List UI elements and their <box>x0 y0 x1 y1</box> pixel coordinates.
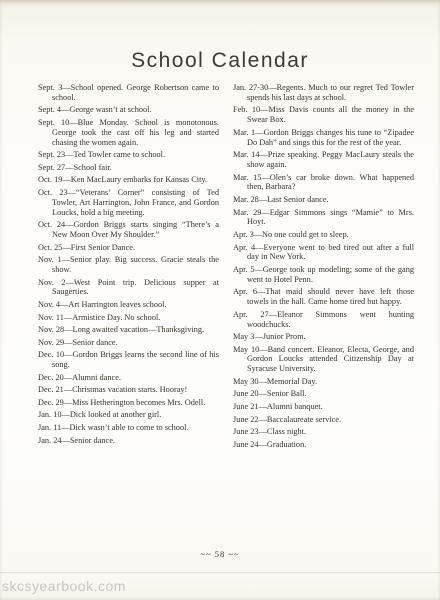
entry-text: Dick looked at another girl. <box>70 410 161 419</box>
entry-text: Band concert. Eleanor, Electa, George, a… <box>247 345 414 374</box>
entry-text: Prize speaking. Peggy MacLaury steals th… <box>247 150 414 169</box>
entry-separator: — <box>65 150 73 159</box>
entry-text: Senior dance. <box>70 436 115 445</box>
entry-date: Sept. 27 <box>38 163 65 172</box>
entry-date: Jan. 10 <box>38 410 62 419</box>
calendar-entry: Apr. 4—Everyone went to bed tired out af… <box>233 243 414 263</box>
calendar-entry: Sept. 23—Ted Towler came to school. <box>38 150 219 160</box>
entry-text: Alumni banquet. <box>267 402 323 411</box>
entry-separator: — <box>62 436 70 445</box>
calendar-column-right: Jan. 27-30—Regents. Much to our regret T… <box>233 83 414 452</box>
entry-separator: — <box>64 373 72 382</box>
entry-text: Last Senior dance. <box>267 195 329 204</box>
entry-text: Christmas vacation starts. Hooray! <box>72 385 187 394</box>
entry-date: Nov. 1 <box>38 255 62 264</box>
entry-date: June 20 <box>233 389 259 398</box>
entry-separator: — <box>64 385 72 394</box>
entry-date: May 30 <box>233 377 259 386</box>
calendar-entry: Oct. 19—Ken MacLaury embarks for Kansas … <box>38 175 219 185</box>
calendar-entry: Dec. 21—Christmas vacation starts. Hoora… <box>38 385 219 395</box>
entry-date: Jan. 24 <box>38 436 62 445</box>
entry-separator: — <box>259 415 267 424</box>
entry-date: Dec. 21 <box>38 385 64 394</box>
entry-separator: — <box>254 332 262 341</box>
entry-text: Gordon Briggs starts singing “There’s a … <box>52 220 219 239</box>
entry-text: Graduation. <box>267 440 306 449</box>
entry-text: Long awaited vacation—Thanksgiving. <box>73 325 205 334</box>
entry-separator: — <box>259 427 267 436</box>
page-number: ~~ 58 ~~ <box>0 549 440 559</box>
entry-separator: — <box>69 118 77 127</box>
calendar-entry: Jan. 27-30—Regents. Much to our regret T… <box>233 83 414 103</box>
entry-date: Sept. 3 <box>38 83 62 92</box>
entry-text: George took up modeling; some of the gan… <box>247 265 414 284</box>
entry-text: Class night. <box>267 427 306 436</box>
entry-text: First Senior Dance. <box>71 243 135 252</box>
entry-separator: — <box>62 175 70 184</box>
calendar-entry: Jan. 10—Dick looked at another girl. <box>38 410 219 420</box>
entry-text: Miss Hetherington becomes Mrs. Odell. <box>72 398 205 407</box>
entry-date: Dec. 10 <box>38 350 64 359</box>
calendar-entry: Feb. 10—Miss Davis counts all the money … <box>233 105 414 125</box>
calendar-entry: Nov. 4—Art Harrington leaves school. <box>38 300 219 310</box>
entry-date: Apr. 27 <box>233 310 269 319</box>
calendar-entry: Sept. 3—School opened. George Robertson … <box>38 83 219 103</box>
calendar-entry: Dec. 20—Alumni dance. <box>38 373 219 383</box>
scan-edge <box>0 572 440 573</box>
entry-text: Miss Davis counts all the money in the S… <box>247 105 414 124</box>
entry-date: Oct. 23 <box>38 188 68 197</box>
calendar-entry: Sept. 10—Blue Monday. School is monotono… <box>38 118 219 147</box>
entry-text: “Veterans’ Corner” consisting of Ted Tow… <box>52 188 219 217</box>
calendar-entry: Dec. 29—Miss Hetherington becomes Mrs. O… <box>38 398 219 408</box>
entry-date: Mar. 14 <box>233 150 259 159</box>
calendar-entry: Dec. 10—Gordon Briggs learns the second … <box>38 350 219 370</box>
calendar-entry: May 30—Memorial Day. <box>233 377 414 387</box>
entry-date: Mar. 28 <box>233 195 259 204</box>
entry-separator: — <box>269 310 277 319</box>
entry-separator: — <box>259 377 267 386</box>
entry-date: Nov. 2 <box>38 278 66 287</box>
entry-separator: — <box>64 325 72 334</box>
entry-separator: — <box>62 243 70 252</box>
entry-separator: — <box>268 83 276 92</box>
entry-text: Senior Ball. <box>267 389 307 398</box>
entry-date: Apr. 3 <box>233 230 254 239</box>
entry-date: Nov. 28 <box>38 325 64 334</box>
entry-date: Nov. 11 <box>38 313 64 322</box>
entry-text: Baccalaureate service. <box>267 415 341 424</box>
entry-separator: — <box>65 163 73 172</box>
yearbook-page: School Calendar Sept. 3—School opened. G… <box>0 0 440 600</box>
entry-date: Oct. 24 <box>38 220 65 229</box>
calendar-entry: Apr. 5—George took up modeling; some of … <box>233 265 414 285</box>
entry-text: Edgar Simmons sings “Mamie” to Mrs. Hoyt… <box>247 208 414 227</box>
entry-separator: — <box>62 410 70 419</box>
entry-date: May 10 <box>233 345 259 354</box>
entry-date: Dec. 29 <box>38 398 64 407</box>
entry-text: Senior dance. <box>73 338 118 347</box>
watermark: skcsyearbook.com <box>2 578 126 594</box>
calendar-entry: Nov. 1—Senior play. Big success. Gracie … <box>38 255 219 275</box>
entry-separator: — <box>259 345 267 354</box>
entry-text: That maid should never have left those t… <box>247 287 414 306</box>
entry-date: Mar. 15 <box>233 173 261 182</box>
entry-text: Gordon Briggs changes his tune to “Zipad… <box>247 128 414 147</box>
entry-date: June 23 <box>233 427 259 436</box>
entry-date: Nov. 4 <box>38 300 60 309</box>
entry-date: June 21 <box>233 402 259 411</box>
entry-date: Mar. 1 <box>233 128 255 137</box>
entry-text: Armistice Day. No school. <box>72 313 160 322</box>
entry-text: Everyone went to bed tired out after a f… <box>247 243 414 262</box>
entry-date: Sept. 4 <box>38 105 61 114</box>
calendar-entry: June 20—Senior Ball. <box>233 389 414 399</box>
calendar-entry: June 23—Class night. <box>233 427 414 437</box>
calendar-entry: Jan. 24—Senior dance. <box>38 436 219 446</box>
calendar-entry: Nov. 2—West Point trip. Delicious supper… <box>38 278 219 298</box>
entry-date: June 24 <box>233 440 259 449</box>
entry-text: No one could get to sleep. <box>262 230 349 239</box>
entry-text: Ken MacLaury embarks for Kansas City. <box>71 175 207 184</box>
entry-text: Gordon Briggs learns the second line of … <box>52 350 219 369</box>
entry-date: Jan. 11 <box>38 423 61 432</box>
calendar-entry: Nov. 28—Long awaited vacation—Thanksgivi… <box>38 325 219 335</box>
calendar-entry: Mar. 1—Gordon Briggs changes his tune to… <box>233 128 414 148</box>
entry-separator: — <box>259 195 267 204</box>
entry-separator: — <box>259 389 267 398</box>
entry-separator: — <box>64 338 72 347</box>
entry-date: Oct. 25 <box>38 243 62 252</box>
entry-text: Olen’s car broke down. What happened the… <box>247 173 414 192</box>
calendar-entry: June 24—Graduation. <box>233 440 414 450</box>
calendar-entry: Apr. 3—No one could get to sleep. <box>233 230 414 240</box>
entry-separator: — <box>259 402 267 411</box>
calendar-entry: June 21—Alumni banquet. <box>233 402 414 412</box>
calendar-columns: Sept. 3—School opened. George Robertson … <box>0 73 440 452</box>
entry-text: Alumni dance. <box>72 373 121 382</box>
entry-separator: — <box>62 255 70 264</box>
entry-text: Memorial Day. <box>267 377 317 386</box>
calendar-entry: Oct. 25—First Senior Dance. <box>38 243 219 253</box>
entry-text: Ted Towler came to school. <box>74 150 166 159</box>
entry-date: May 3 <box>233 332 254 341</box>
entry-date: Sept. 10 <box>38 118 69 127</box>
calendar-entry: May 3—Junior Prom. <box>233 332 414 342</box>
calendar-entry: June 22—Baccalaureate service. <box>233 415 414 425</box>
entry-date: Apr. 6 <box>233 287 257 296</box>
entry-text: Junior Prom. <box>263 332 306 341</box>
entry-separator: — <box>259 150 267 159</box>
entry-date: Mar. 29 <box>233 208 261 217</box>
entry-text: Art Harrington leaves school. <box>68 300 166 309</box>
calendar-entry: Nov. 11—Armistice Day. No school. <box>38 313 219 323</box>
entry-text: Senior play. Big success. Gracie steals … <box>52 255 219 274</box>
page-number-text: ~~ 58 ~~ <box>200 549 239 559</box>
calendar-entry: Apr. 27—Eleanor Simmons went hunting woo… <box>233 310 414 330</box>
entry-date: Oct. 19 <box>38 175 62 184</box>
calendar-entry: Mar. 15—Olen’s car broke down. What happ… <box>233 173 414 193</box>
entry-text: School opened. George Robertson came to … <box>52 83 219 102</box>
entry-separator: — <box>259 440 267 449</box>
entry-text: West Point trip. Delicious supper at Sau… <box>52 278 219 297</box>
entry-date: Sept. 23 <box>38 150 65 159</box>
entry-separator: — <box>261 173 269 182</box>
calendar-entry: Jan. 11—Dick wasn’t able to come to scho… <box>38 423 219 433</box>
entry-text: Dick wasn’t able to come to school. <box>70 423 189 432</box>
calendar-entry: Sept. 27—School fair. <box>38 163 219 173</box>
calendar-entry: May 10—Band concert. Eleanor, Electa, Ge… <box>233 345 414 374</box>
calendar-entry: Sept. 4—George wasn’t at school. <box>38 105 219 115</box>
entry-separator: — <box>64 398 72 407</box>
entry-separator: — <box>66 278 74 287</box>
entry-text: George wasn’t at school. <box>69 105 151 114</box>
calendar-column-left: Sept. 3—School opened. George Robertson … <box>38 83 219 452</box>
entry-date: Feb. 10 <box>233 105 260 114</box>
page-title: School Calendar <box>0 0 440 73</box>
entry-date: June 22 <box>233 415 259 424</box>
calendar-entry: Nov. 29—Senior dance. <box>38 338 219 348</box>
calendar-entry: Mar. 28—Last Senior dance. <box>233 195 414 205</box>
entry-text: School fair. <box>74 163 112 172</box>
calendar-entry: Oct. 23—“Veterans’ Corner” consisting of… <box>38 188 219 217</box>
calendar-entry: Apr. 6—That maid should never have left … <box>233 287 414 307</box>
entry-text: Blue Monday. School is monotonous. Georg… <box>52 118 219 147</box>
entry-date: Apr. 4 <box>233 243 255 252</box>
entry-date: Nov. 29 <box>38 338 64 347</box>
entry-separator: — <box>260 105 268 114</box>
entry-separator: — <box>68 188 76 197</box>
entry-separator: — <box>254 230 262 239</box>
entry-separator: — <box>254 265 262 274</box>
entry-separator: — <box>261 208 269 217</box>
entry-date: Apr. 5 <box>233 265 254 274</box>
calendar-entry: Mar. 14—Prize speaking. Peggy MacLaury s… <box>233 150 414 170</box>
entry-separator: — <box>64 313 72 322</box>
entry-date: Dec. 20 <box>38 373 64 382</box>
entry-date: Jan. 27-30 <box>233 83 268 92</box>
entry-separator: — <box>62 83 70 92</box>
calendar-entry: Oct. 24—Gordon Briggs starts singing “Th… <box>38 220 219 240</box>
entry-separator: — <box>61 423 69 432</box>
calendar-entry: Mar. 29—Edgar Simmons sings “Mamie” to M… <box>233 208 414 228</box>
